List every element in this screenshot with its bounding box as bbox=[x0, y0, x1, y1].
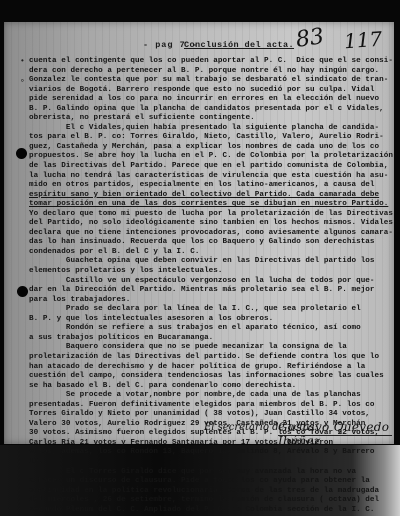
text-line: Se procede a votar,nombre por nombre,de … bbox=[29, 391, 389, 401]
text-line: guez, Castañeda y Merchán, pasa a explic… bbox=[29, 143, 389, 153]
text-line: la lucha no tendrá las características d… bbox=[29, 172, 389, 182]
text-line: El c Vidales,quien había presentado la s… bbox=[29, 124, 389, 134]
text-line-underlined: espíritu sano y bien orientado del colec… bbox=[29, 191, 389, 201]
text-line: cuenta el contingente que los co pueden … bbox=[29, 57, 389, 67]
text-line: de las Directivas del Partido. Parece qu… bbox=[29, 162, 389, 172]
text-line: a sus trabajos políticos en Bucaramanga. bbox=[29, 334, 389, 344]
text-line: viarios de Bogotá. Barrero responde que … bbox=[29, 86, 389, 96]
text-line: pide serenidad a los co para no incurrir… bbox=[29, 95, 389, 105]
text-line: a hacer un discurso de clausura. Pide a … bbox=[29, 477, 389, 487]
text-line: B. P. y que los intelectuales asesoren a… bbox=[29, 315, 389, 325]
text-line: cuestión del campo, considera tendencios… bbox=[29, 372, 389, 382]
document-page: - pag 7 - Conclusión del acta. 83 117 • … bbox=[4, 22, 394, 444]
text-line: se ha basado el B. del C. para condenarl… bbox=[29, 382, 389, 392]
text-line: Castillo ve un espectáculo vergonzoso en… bbox=[29, 277, 389, 287]
text-line: obrerista, no prestará el suficiente con… bbox=[29, 114, 389, 124]
margin-mark-icon: ∘ bbox=[20, 76, 25, 86]
text-line: elementos proletarios y los intelectuale… bbox=[29, 267, 389, 277]
text-line: votos, además, los co Rondón 13, Baquero… bbox=[29, 448, 389, 458]
text-line: Torres Giraldo y Nieto por unanimidad ( … bbox=[29, 410, 389, 420]
text-line: mido en otros partidos, especialmente en… bbox=[29, 181, 389, 191]
margin-mark-icon: • bbox=[20, 57, 25, 66]
text-line: 10. bbox=[29, 458, 389, 468]
text-line: del Partido, no solo ideológicamente sin… bbox=[29, 219, 389, 229]
text-line: propuestos. Se abre hoy la lucha en el P… bbox=[29, 152, 389, 162]
signature-name: Gustavo Quevedo Ibáñez bbox=[278, 420, 394, 448]
text-line: segundo Plenum del C. C. Ampliado del P.… bbox=[29, 506, 389, 516]
text-line: del miércoles , 26 de setiembre, terminó… bbox=[29, 496, 389, 506]
text-line: dera con derecho a pertenecer al B. P. p… bbox=[29, 67, 389, 77]
text-line: Guacheta opina que deben convivir en las… bbox=[29, 257, 389, 267]
text-line: Baquero considera que no se puede mecani… bbox=[29, 343, 389, 353]
text-line: Prado se declara por la línea de la I. C… bbox=[29, 305, 389, 315]
signature-block: El secretario de actas: Gustavo Quevedo … bbox=[204, 420, 394, 440]
text-line: declara que no tiene intenciones provoca… bbox=[29, 229, 389, 239]
punch-hole-icon bbox=[16, 148, 27, 159]
text-line: dar en la Dirección del Partido. Mientra… bbox=[29, 286, 389, 296]
text-line: presentadas. Fueron definitivamente eleg… bbox=[29, 401, 389, 411]
text-line: proletarización de las Directivas del pa… bbox=[29, 353, 389, 363]
text-line: Gonzalez le contesta que por su mal trab… bbox=[29, 76, 389, 86]
signature-rule bbox=[278, 435, 392, 436]
text-line: condenados por el B. del C y la I. C. bbox=[29, 248, 389, 258]
text-line-underlined: tomar posición en una de las dos corrien… bbox=[29, 200, 389, 210]
text-line: das lo han insinuado. Recuerda que los c… bbox=[29, 238, 389, 248]
text-line: El c Torres Giraldo dice que por ser muy… bbox=[29, 468, 389, 478]
punch-hole-icon bbox=[17, 286, 28, 297]
text-line: B. P. Galindo opina que la plancha de ca… bbox=[29, 105, 389, 115]
text-line: tos para el B. P. co: Torres Giraldo, Ni… bbox=[29, 133, 389, 143]
text-line: Rondón se refiere a sus trabajos en el a… bbox=[29, 324, 389, 334]
page-header: - pag 7 - Conclusión del acta. bbox=[4, 40, 394, 52]
text-line: han atacado de derechismo y de hacer pol… bbox=[29, 363, 389, 373]
text-line: continuidad en la política revolucionari… bbox=[29, 487, 389, 497]
text-line: Yo declaro que tomo mi puesto de lucha p… bbox=[29, 210, 389, 220]
handwritten-folio-mark: 83 bbox=[294, 24, 325, 53]
text-line: para los trabajadores. bbox=[29, 296, 389, 306]
page-title: Conclusión del acta. bbox=[184, 40, 294, 50]
handwritten-folio-number: 117 bbox=[343, 27, 383, 54]
